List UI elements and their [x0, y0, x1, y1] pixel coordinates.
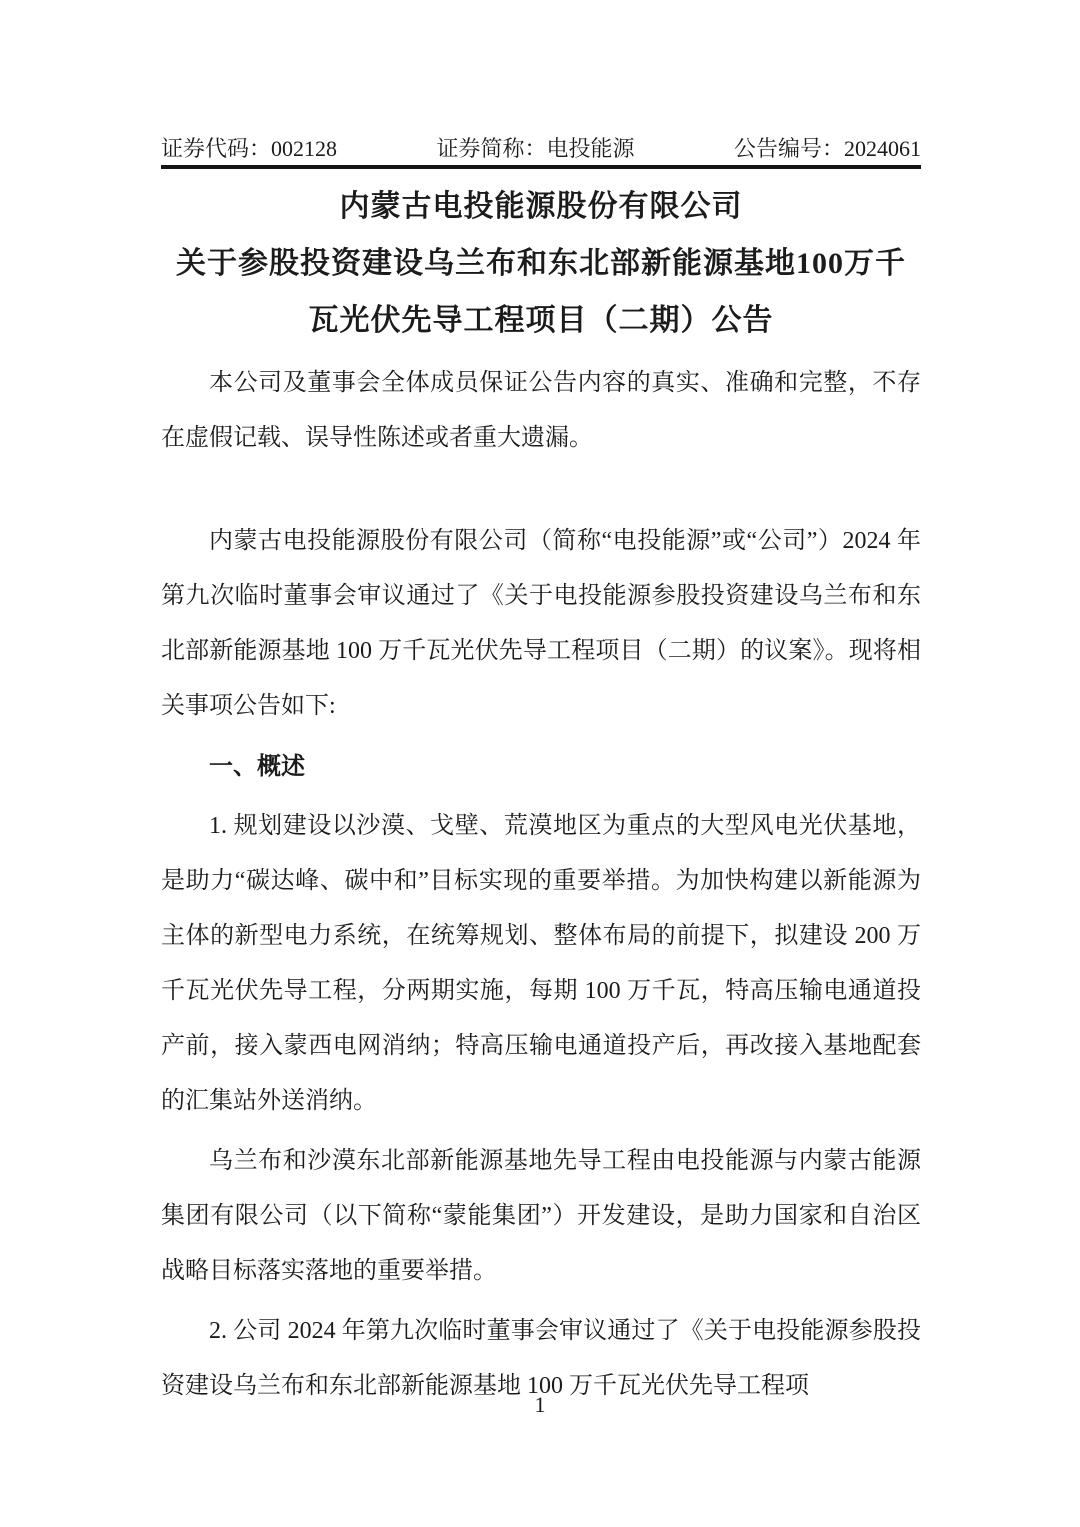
page-content: 证券代码：002128 证券简称：电投能源 公告编号：2024061 内蒙古电投…: [161, 136, 921, 1419]
overview-paragraph-1: 1. 规划建设以沙漠、戈壁、荒漠地区为重点的大型风电光伏基地，是助力“碳达峰、碳…: [161, 799, 921, 1129]
stock-abbreviation: 证券简称：电投能源: [436, 136, 634, 162]
document-title: 内蒙古电投能源股份有限公司 关于参股投资建设乌兰布和东北部新能源基地100万千 …: [161, 178, 921, 349]
announcement-page: 证券代码：002128 证券简称：电投能源 公告编号：2024061 内蒙古电投…: [0, 0, 1080, 1527]
intro-paragraph: 内蒙古电投能源股份有限公司（简称“电投能源”或“公司”）2024 年第九次临时董…: [161, 514, 921, 734]
section-heading-overview: 一、概述: [161, 739, 921, 794]
stock-code: 证券代码：002128: [161, 136, 337, 162]
announcement-number: 公告编号：2024061: [734, 136, 921, 162]
title-line-company: 内蒙古电投能源股份有限公司: [161, 178, 921, 235]
title-line-subject-1: 关于参股投资建设乌兰布和东北部新能源基地100万千: [161, 235, 921, 292]
board-disclaimer: 本公司及董事会全体成员保证公告内容的真实、准确和完整，不存在虚假记载、误导性陈述…: [161, 356, 921, 466]
securities-header: 证券代码：002128 证券简称：电投能源 公告编号：2024061: [161, 136, 921, 169]
page-number: 1: [0, 1392, 1080, 1418]
title-line-subject-2: 瓦光伏先导工程项目（二期）公告: [161, 292, 921, 349]
overview-paragraph-2: 乌兰布和沙漠东北部新能源基地先导工程由电投能源与内蒙古能源集团有限公司（以下简称…: [161, 1134, 921, 1299]
document-body: 本公司及董事会全体成员保证公告内容的真实、准确和完整，不存在虚假记载、误导性陈述…: [161, 356, 921, 1414]
